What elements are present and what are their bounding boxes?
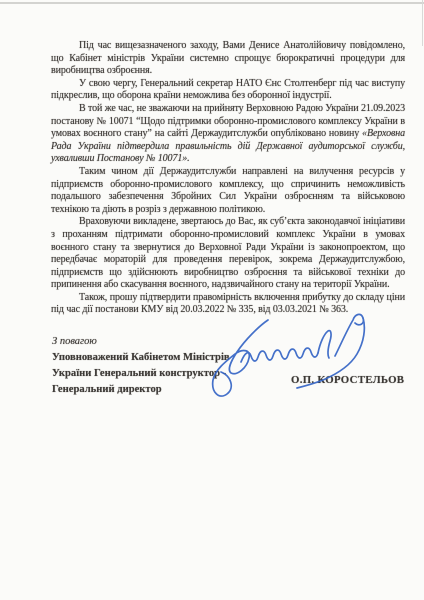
closing-salutation: З повагою — [52, 336, 97, 347]
paragraph: У свою чергу, Генеральний секретар НАТО … — [51, 78, 405, 103]
paragraph: В той же час, не зважаючи на прийняту Ве… — [51, 103, 405, 166]
paragraph-text: Також, прошу підтвердити правомірність в… — [51, 292, 405, 316]
signature-minims-stroke — [241, 348, 318, 362]
paragraph-text: Під час вищезазначеного заходу, Вами Ден… — [51, 40, 405, 76]
signer-name: О.П. КОРОСТЕЛЬОВ — [291, 374, 404, 386]
paragraph: Під час вищезазначеного заходу, Вами Ден… — [51, 40, 405, 78]
paragraph: Враховуючи викладене, звертаюсь до Вас, … — [51, 216, 405, 292]
paragraph-text: Враховуючи викладене, звертаюсь до Вас, … — [51, 216, 405, 290]
scanned-letter-page: Під час вищезазначеного заходу, Вами Ден… — [0, 0, 424, 600]
paragraph: Також, прошу підтвердити правомірність в… — [51, 292, 405, 317]
signature-peak-stroke — [318, 331, 331, 358]
paragraph-text: Таким чином дії Держаудитслужби направле… — [51, 166, 405, 215]
scan-edge-artifact-right — [422, 0, 423, 46]
signature-flourish-stroke — [335, 314, 363, 356]
letter-body: Під час вищезазначеного заходу, Вами Ден… — [51, 40, 405, 317]
signer-title-line: Генеральний директор — [52, 382, 230, 398]
scan-edge-artifact-top — [0, 2, 424, 4]
signer-title-block: Уповноважений Кабінетом Міністрів Україн… — [52, 350, 230, 397]
signer-title-line: Уповноважений Кабінетом Міністрів — [52, 350, 230, 366]
paragraph: Таким чином дії Держаудитслужби направле… — [51, 166, 405, 216]
paragraph-text: В той же час, не зважаючи на прийняту Ве… — [51, 103, 405, 139]
signer-title-line: України Генеральний конструктор - — [52, 366, 230, 382]
paragraph-text: У свою чергу, Генеральний секретар НАТО … — [51, 78, 405, 102]
